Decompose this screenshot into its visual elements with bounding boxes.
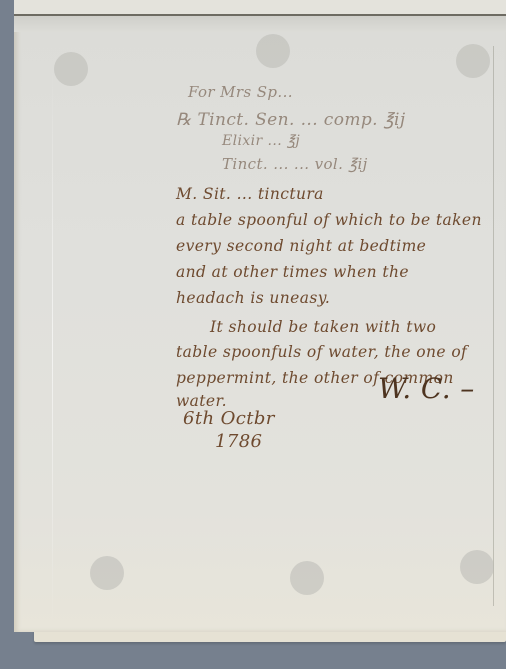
mount-hinge-dot bbox=[290, 561, 324, 595]
body-line: table spoonfuls of water, the one of bbox=[176, 343, 467, 361]
mount-hinge-dot bbox=[256, 34, 290, 68]
date-day-month: 6th Octbr bbox=[183, 408, 275, 429]
body-line: and at other times when the bbox=[176, 263, 409, 281]
body-line: a table spoonful of which to be taken bbox=[176, 211, 482, 229]
page-right-edge bbox=[493, 46, 494, 606]
tincture-line: Tinct. ... ... vol. ℥ij bbox=[222, 155, 368, 173]
body-line: headach is uneasy. bbox=[176, 289, 330, 307]
date-year: 1786 bbox=[215, 431, 262, 452]
mount-hinge-dot bbox=[54, 52, 88, 86]
top-sheet-edge bbox=[14, 0, 506, 16]
body-line: every second night at bedtime bbox=[176, 237, 426, 255]
elixir-line: Elixir ... ℥j bbox=[222, 133, 300, 149]
mount-hinge-dot bbox=[90, 556, 124, 590]
page-crease bbox=[52, 66, 53, 626]
body-line: It should be taken with two bbox=[210, 318, 436, 336]
mount-hinge-dot bbox=[460, 550, 494, 584]
signature: W. C. – bbox=[378, 372, 475, 405]
mount-hinge-dot bbox=[456, 44, 490, 78]
body-line: M. Sit. ... tinctura bbox=[176, 185, 324, 203]
prescription-line: ℞ Tinct. Sen. ... comp. ℥ij bbox=[176, 110, 406, 130]
addressee-line: For Mrs Sp... bbox=[188, 83, 293, 101]
page-fold bbox=[14, 16, 506, 32]
